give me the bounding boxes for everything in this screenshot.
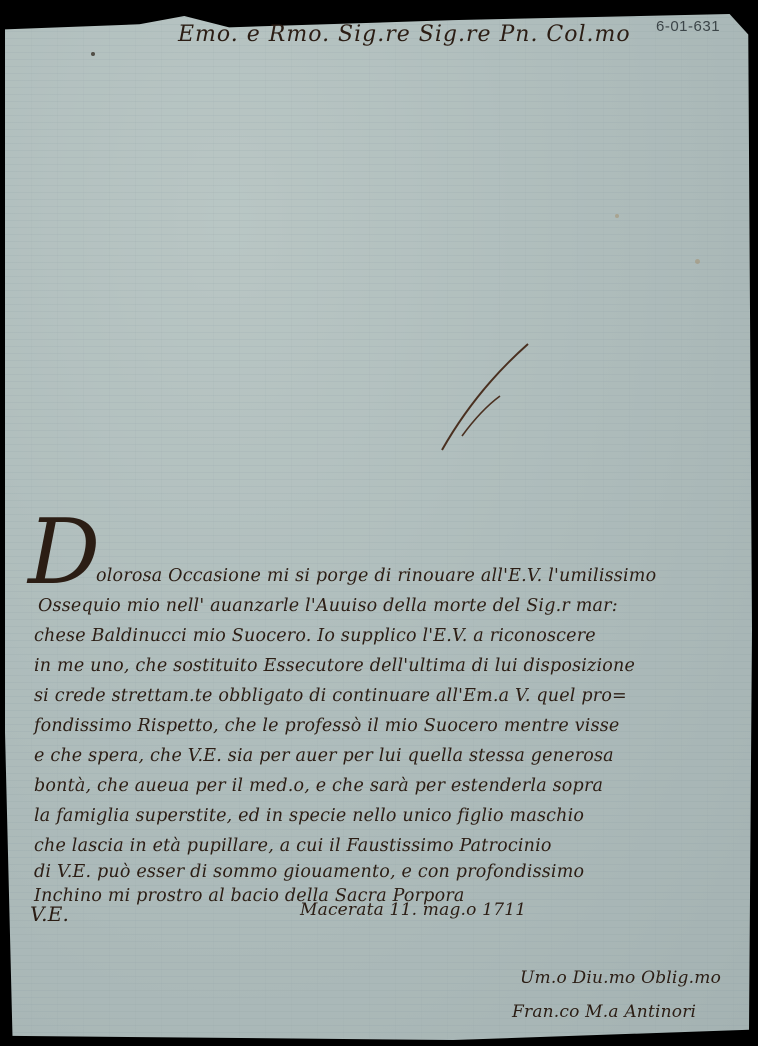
body-line: chese Baldinucci mio Suocero. Io supplic…: [34, 626, 596, 646]
salutation-heading: Emo. e Rmo. Sig.re Sig.re Pn. Col.mo: [178, 22, 631, 47]
place-date: Macerata 11. mag.o 1711: [300, 900, 526, 920]
signature-name: Fran.co M.a Antinori: [512, 1002, 696, 1022]
catalog-number: 6-01-631: [656, 18, 720, 35]
body-line: e che spera, che V.E. sia per auer per l…: [34, 746, 614, 766]
body-line: la famiglia superstite, ed in specie nel…: [34, 806, 584, 826]
decorated-initial: D: [28, 508, 100, 598]
body-line: in me uno, che sostituito Essecutore del…: [34, 656, 635, 676]
body-line: fondissimo Rispetto, che le professò il …: [34, 716, 619, 736]
body-line: bontà, che aueua per il med.o, e che sar…: [34, 776, 603, 796]
ink-spot: [615, 214, 619, 218]
body-line: che lascia in età pupillare, a cui il Fa…: [34, 836, 552, 856]
signature-closing: Um.o Diu.mo Oblig.mo: [520, 968, 721, 988]
body-line: olorosa Occasione mi si porge di rinouar…: [96, 566, 656, 586]
body-line: di V.E. può esser di sommo giouamento, e…: [34, 862, 584, 882]
address-abbreviation: V.E.: [30, 902, 69, 926]
pen-stroke-mark: [436, 340, 536, 460]
body-line: si crede strettam.te obbligato di contin…: [34, 686, 627, 706]
body-line: Ossequio mio nell' auanzarle l'Auuiso de…: [38, 596, 618, 616]
ink-spot: [695, 259, 700, 264]
ink-spot: [91, 52, 95, 56]
